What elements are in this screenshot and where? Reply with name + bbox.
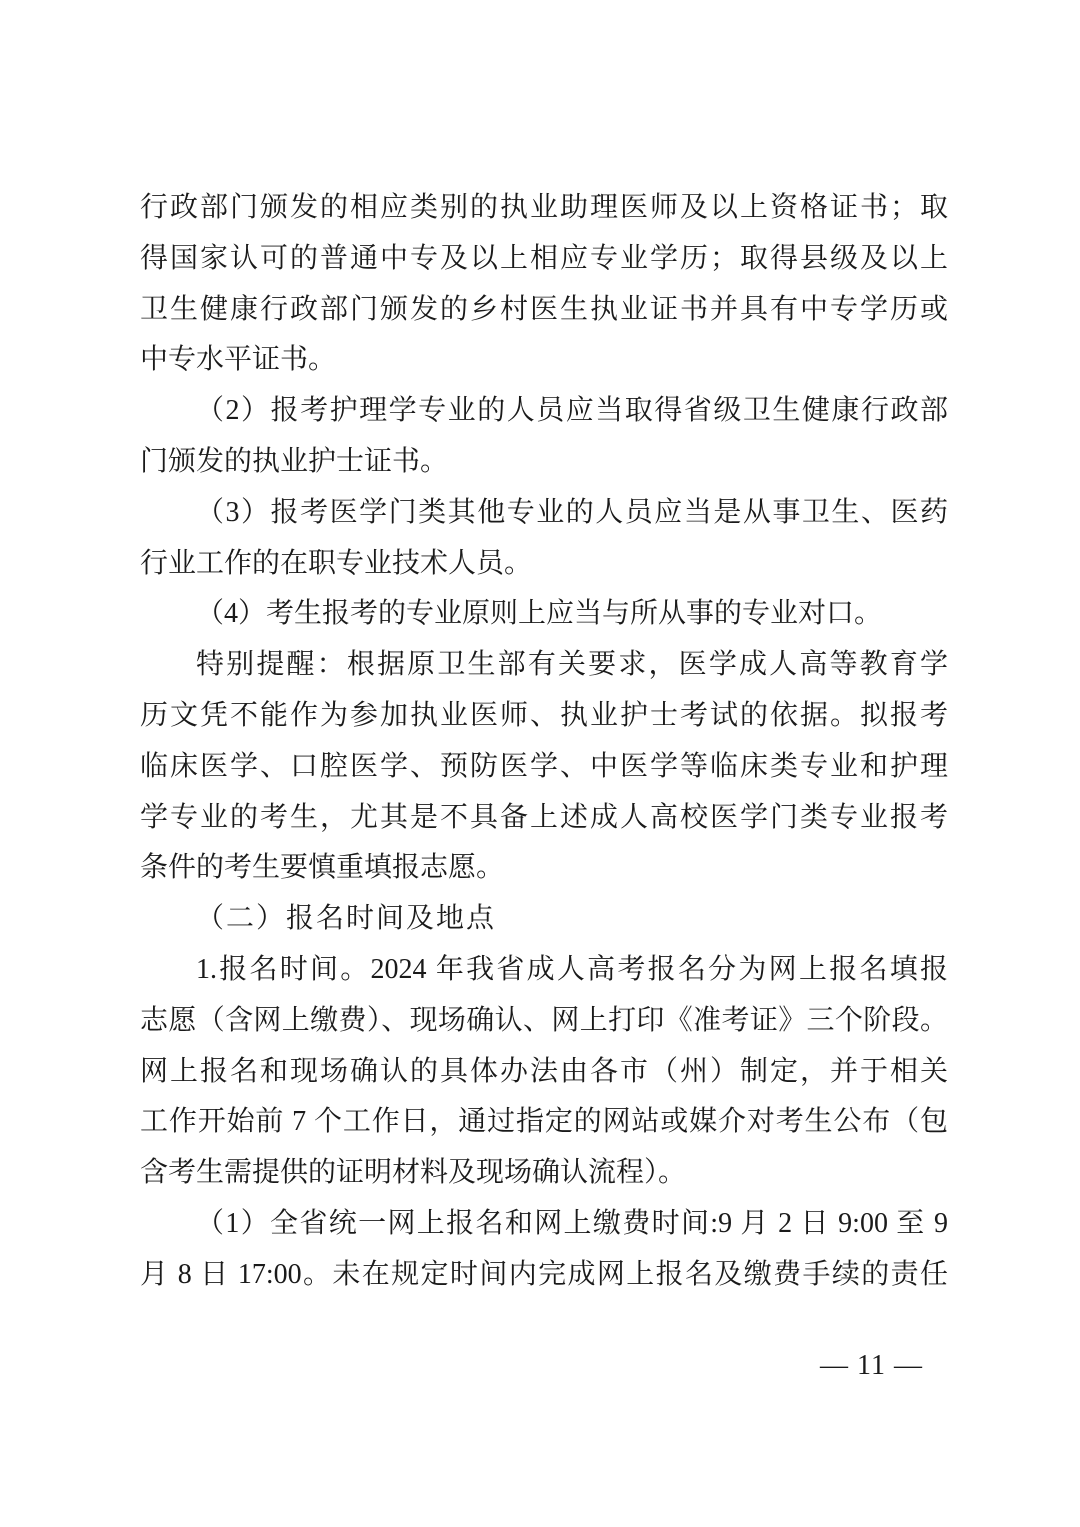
text-line: 行业工作的在职专业技术人员。 xyxy=(140,539,948,590)
text-line: 1.报名时间。2024 年我省成人高考报名分为网上报名填报 xyxy=(140,945,948,996)
text-line: 工作开始前 7 个工作日，通过指定的网站或媒介对考生公布（包 xyxy=(140,1097,948,1148)
text-line: 中专水平证书。 xyxy=(140,335,948,386)
text-line: 网上报名和现场确认的具体办法由各市（州）制定，并于相关 xyxy=(140,1047,948,1098)
text-line: 条件的考生要慎重填报志愿。 xyxy=(140,843,948,894)
document-page: 行政部门颁发的相应类别的执业助理医师及以上资格证书；取得国家认可的普通中专及以上… xyxy=(0,0,1080,1527)
text-line: （1）全省统一网上报名和网上缴费时间:9 月 2 日 9:00 至 9 xyxy=(140,1199,948,1250)
text-line: 月 8 日 17:00。未在规定时间内完成网上报名及缴费手续的责任 xyxy=(140,1250,948,1301)
text-line: 特别提醒：根据原卫生部有关要求，医学成人高等教育学 xyxy=(140,640,948,691)
page-number: — 11 — xyxy=(820,1350,923,1382)
text-line: 卫生健康行政部门颁发的乡村医生执业证书并具有中专学历或 xyxy=(140,285,948,336)
text-line: （4）考生报考的专业原则上应当与所从事的专业对口。 xyxy=(140,589,948,640)
text-line: 行政部门颁发的相应类别的执业助理医师及以上资格证书；取 xyxy=(140,183,948,234)
text-line: 含考生需提供的证明材料及现场确认流程）。 xyxy=(140,1148,948,1199)
text-line: （3）报考医学门类其他专业的人员应当是从事卫生、医药 xyxy=(140,488,948,539)
text-line: 门颁发的执业护士证书。 xyxy=(140,437,948,488)
text-line: 历文凭不能作为参加执业医师、执业护士考试的依据。拟报考 xyxy=(140,691,948,742)
text-block: 行政部门颁发的相应类别的执业助理医师及以上资格证书；取得国家认可的普通中专及以上… xyxy=(140,183,948,1301)
section-heading: （二）报名时间及地点 xyxy=(140,894,948,945)
text-line: 临床医学、口腔医学、预防医学、中医学等临床类专业和护理 xyxy=(140,742,948,793)
text-line: （2）报考护理学专业的人员应当取得省级卫生健康行政部 xyxy=(140,386,948,437)
text-line: 学专业的考生，尤其是不具备上述成人高校医学门类专业报考 xyxy=(140,793,948,844)
text-line: 志愿（含网上缴费）、现场确认、网上打印《准考证》三个阶段。 xyxy=(140,996,948,1047)
text-line: 得国家认可的普通中专及以上相应专业学历；取得县级及以上 xyxy=(140,234,948,285)
